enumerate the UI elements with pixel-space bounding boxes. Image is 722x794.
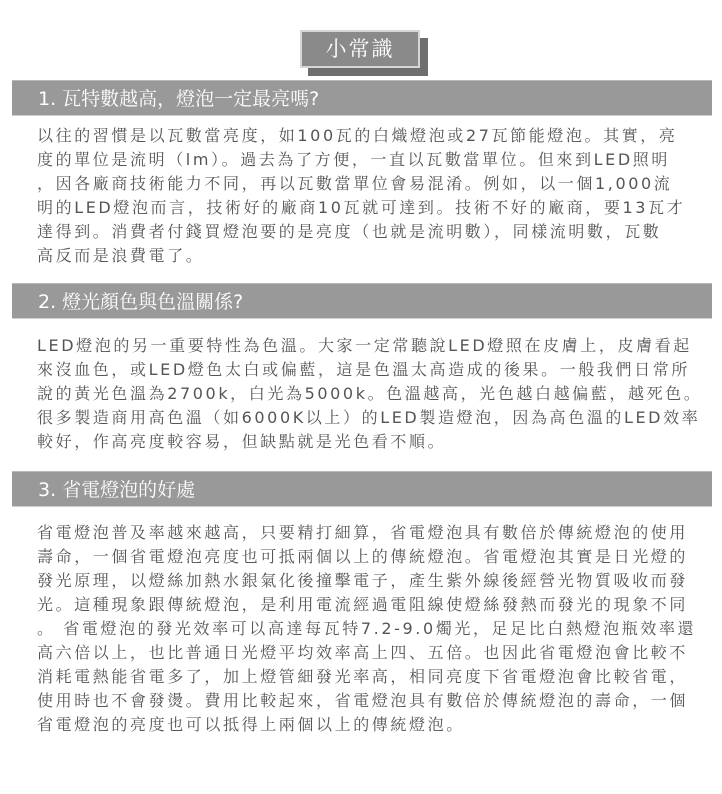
- paragraph-line: 以往的習慣是以瓦數當亮度，如100瓦的白熾燈泡或27瓦節能燈泡。其實，亮: [37, 124, 687, 148]
- paragraph-line: 光。這種現象跟傳統燈泡，是利用電流經過電阻線使燈絲發熱而發光的現象不同: [37, 593, 687, 617]
- section-3-heading: 3. 省電燈泡的好處: [12, 471, 712, 507]
- paragraph-line: 說的黃光色溫為2700k，白光為5000k。色溫越高，光色越白越偏藍，越死色。: [37, 382, 687, 406]
- paragraph-line: 明的LED燈泡而言，技術好的廠商10瓦就可達到。技術不好的廠商，要13瓦才: [37, 196, 687, 220]
- paragraph-line: 消耗電熱能省電多了，加上燈管細發光率高，相同亮度下省電燈泡會比較省電，: [37, 665, 687, 689]
- paragraph-line: 高六倍以上，也比普通日光燈平均效率高上四、五倍。也因此省電燈泡會比較不: [37, 641, 687, 665]
- paragraph-line: 發光原理，以燈絲加熱水銀氣化後撞擊電子，產生紫外線後經營光物質吸收而發: [37, 569, 687, 593]
- page-title-badge: 小常識: [300, 30, 420, 68]
- paragraph-line: 很多製造商用高色溫（如6000K以上）的LED製造燈泡，因為高色溫的LED效率: [37, 406, 687, 430]
- paragraph-line: 。 省電燈泡的發光效率可以高達每瓦特7.2-9.0燭光，足足比白熱燈泡瓶效率還: [37, 617, 687, 641]
- paragraph-line: 省電燈泡普及率越來越高，只要精打細算，省電燈泡具有數倍於傳統燈泡的使用: [37, 521, 687, 545]
- paragraph-line: 省電燈泡的亮度也可以抵得上兩個以上的傳統燈泡。: [37, 713, 687, 737]
- section-3-body: 省電燈泡普及率越來越高，只要精打細算，省電燈泡具有數倍於傳統燈泡的使用 壽命，一…: [37, 521, 687, 737]
- paragraph-line: 高反而是浪費電了。: [37, 244, 687, 268]
- paragraph-line: LED燈泡的另一重要特性為色溫。大家一定常聽說LED燈照在皮膚上，皮膚看起: [37, 334, 687, 358]
- paragraph-line: 壽命，一個省電燈泡亮度也可抵兩個以上的傳統燈泡。省電燈泡其實是日光燈的: [37, 545, 687, 569]
- section-2-body: LED燈泡的另一重要特性為色溫。大家一定常聽說LED燈照在皮膚上，皮膚看起 來沒…: [37, 334, 687, 454]
- section-1-heading: 1. 瓦特數越高，燈泡一定最亮嗎?: [12, 80, 712, 116]
- paragraph-line: 較好，作高亮度較容易，但缺點就是光色看不順。: [37, 430, 687, 454]
- paragraph-line: 使用時也不會發燙。費用比較起來，省電燈泡具有數倍於傳統燈泡的壽命，一個: [37, 689, 687, 713]
- paragraph-line: 度的單位是流明（lm）。過去為了方便，一直以瓦數當單位。但來到LED照明: [37, 148, 687, 172]
- paragraph-line: 來沒血色，或LED燈色太白或偏藍，這是色溫太高造成的後果。一般我們日常所: [37, 358, 687, 382]
- section-1-body: 以往的習慣是以瓦數當亮度，如100瓦的白熾燈泡或27瓦節能燈泡。其實，亮 度的單…: [37, 124, 687, 268]
- page-title: 小常識: [300, 30, 420, 68]
- section-2-heading: 2. 燈光顏色與色溫關係?: [12, 283, 712, 319]
- paragraph-line: 達得到。消費者付錢買燈泡要的是亮度（也就是流明數），同樣流明數，瓦數: [37, 220, 687, 244]
- paragraph-line: ，因各廠商技術能力不同，再以瓦數當單位會易混淆。例如，以一個1,000流: [37, 172, 687, 196]
